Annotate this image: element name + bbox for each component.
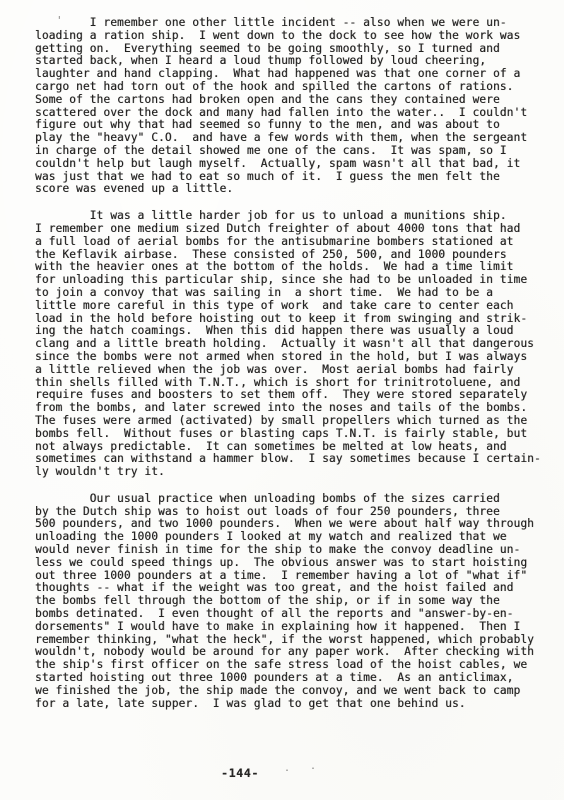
paragraph-hoisting-bombs: Our usual practice when unloading bombs … bbox=[35, 493, 547, 711]
scan-artifact-dot: . bbox=[310, 761, 316, 772]
page-number: -144- bbox=[221, 766, 259, 780]
paragraph-ration-ship: I remember one other little incident -- … bbox=[35, 17, 547, 196]
document-page: ' I remember one other little incident -… bbox=[0, 0, 564, 800]
scan-artifact-dot: . bbox=[284, 763, 290, 774]
document-text: I remember one other little incident -- … bbox=[35, 17, 547, 724]
paragraph-munitions-ship: It was a little harder job for us to unl… bbox=[35, 210, 547, 479]
